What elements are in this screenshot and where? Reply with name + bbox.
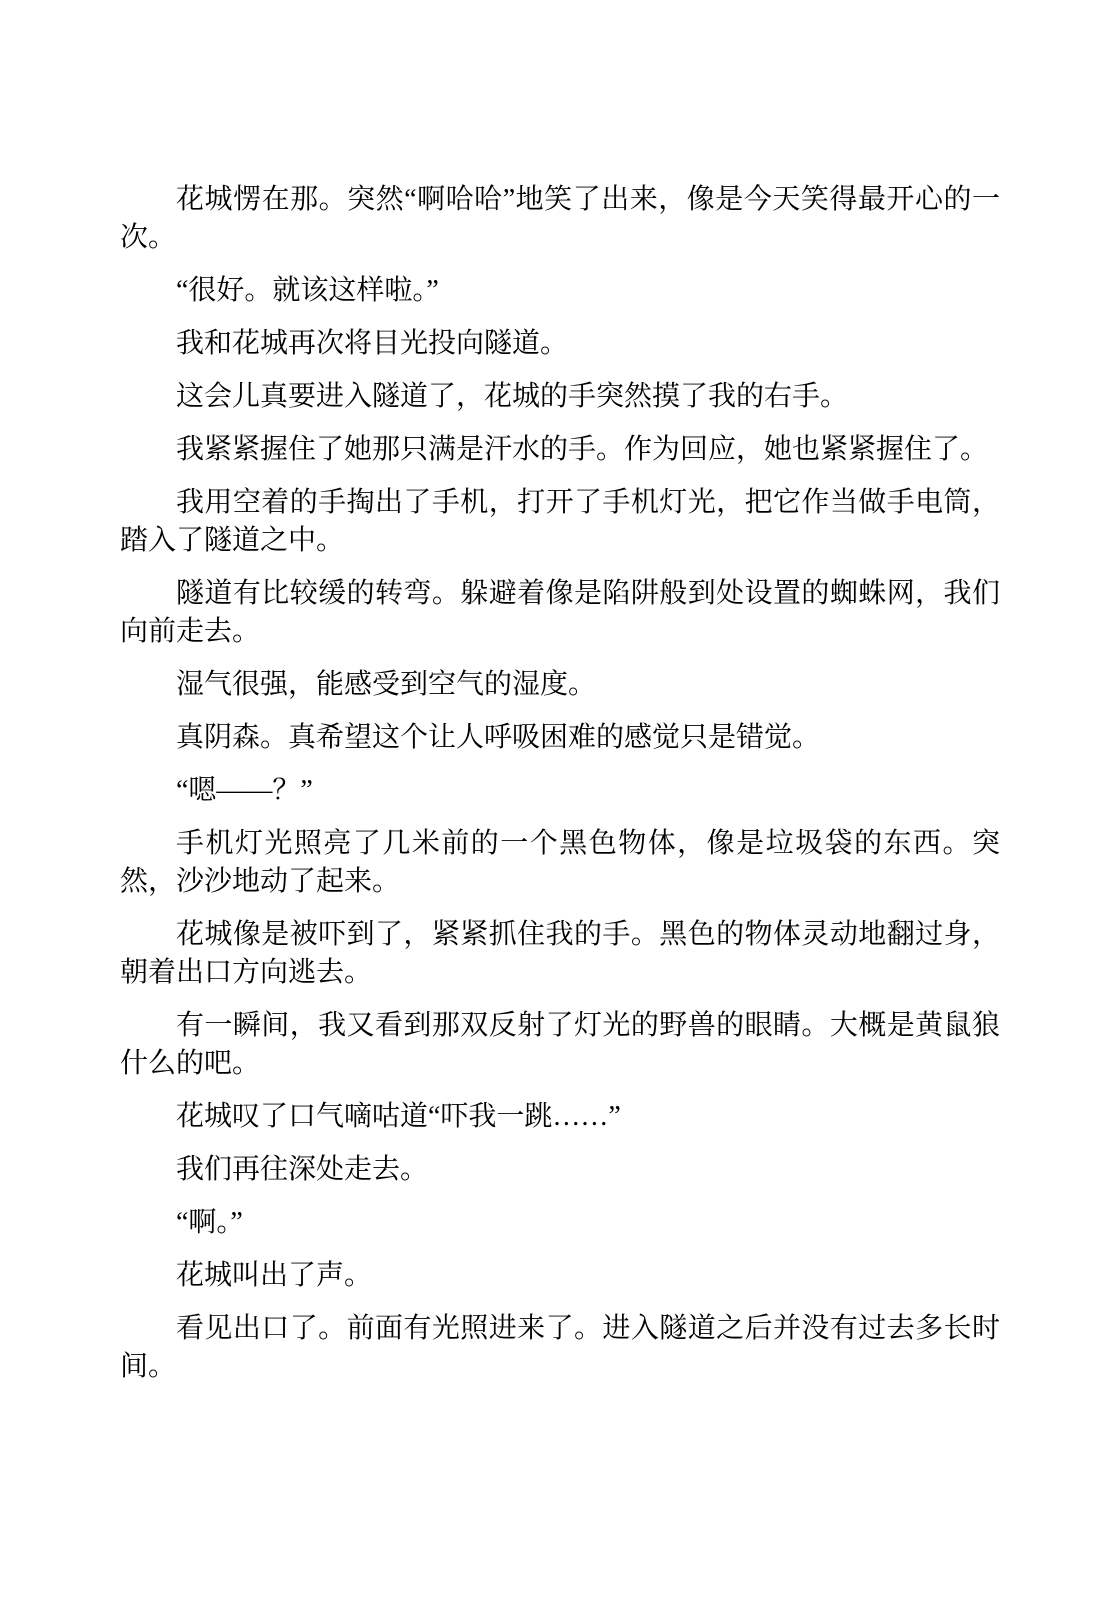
paragraph-4: 这会儿真要进入隧道了，花城的手突然摸了我的右手。: [120, 378, 1000, 416]
paragraph-13: 有一瞬间，我又看到那双反射了灯光的野兽的眼睛。大概是黄鼠狼什么的吧。: [120, 1007, 1000, 1083]
paragraph-1: 花城愣在那。突然“啊哈哈”地笑了出来，像是今天笑得最开心的一次。: [120, 181, 1000, 257]
paragraph-10: “嗯——？”: [120, 772, 1000, 810]
paragraph-5: 我紧紧握住了她那只满是汗水的手。作为回应，她也紧紧握住了。: [120, 431, 1000, 469]
paragraph-14: 花城叹了口气嘀咕道“吓我一跳……”: [120, 1098, 1000, 1136]
paragraph-8: 湿气很强，能感受到空气的湿度。: [120, 666, 1000, 704]
paragraph-17: 花城叫出了声。: [120, 1257, 1000, 1295]
paragraph-7: 隧道有比较缓的转弯。躲避着像是陷阱般到处设置的蜘蛛网，我们向前走去。: [120, 575, 1000, 651]
document-page: 花城愣在那。突然“啊哈哈”地笑了出来，像是今天笑得最开心的一次。 “很好。就该这…: [120, 181, 1000, 1401]
paragraph-12: 花城像是被吓到了，紧紧抓住我的手。黑色的物体灵动地翻过身，朝着出口方向逃去。: [120, 916, 1000, 992]
paragraph-18: 看见出口了。前面有光照进来了。进入隧道之后并没有过去多长时间。: [120, 1310, 1000, 1386]
paragraph-15: 我们再往深处走去。: [120, 1151, 1000, 1189]
paragraph-9: 真阴森。真希望这个让人呼吸困难的感觉只是错觉。: [120, 719, 1000, 757]
paragraph-6: 我用空着的手掏出了手机，打开了手机灯光，把它作当做手电筒，踏入了隧道之中。: [120, 484, 1000, 560]
paragraph-16: “啊。”: [120, 1204, 1000, 1242]
paragraph-2: “很好。就该这样啦。”: [120, 272, 1000, 310]
paragraph-11: 手机灯光照亮了几米前的一个黑色物体，像是垃圾袋的东西。突然，沙沙地动了起来。: [120, 825, 1000, 901]
paragraph-3: 我和花城再次将目光投向隧道。: [120, 325, 1000, 363]
